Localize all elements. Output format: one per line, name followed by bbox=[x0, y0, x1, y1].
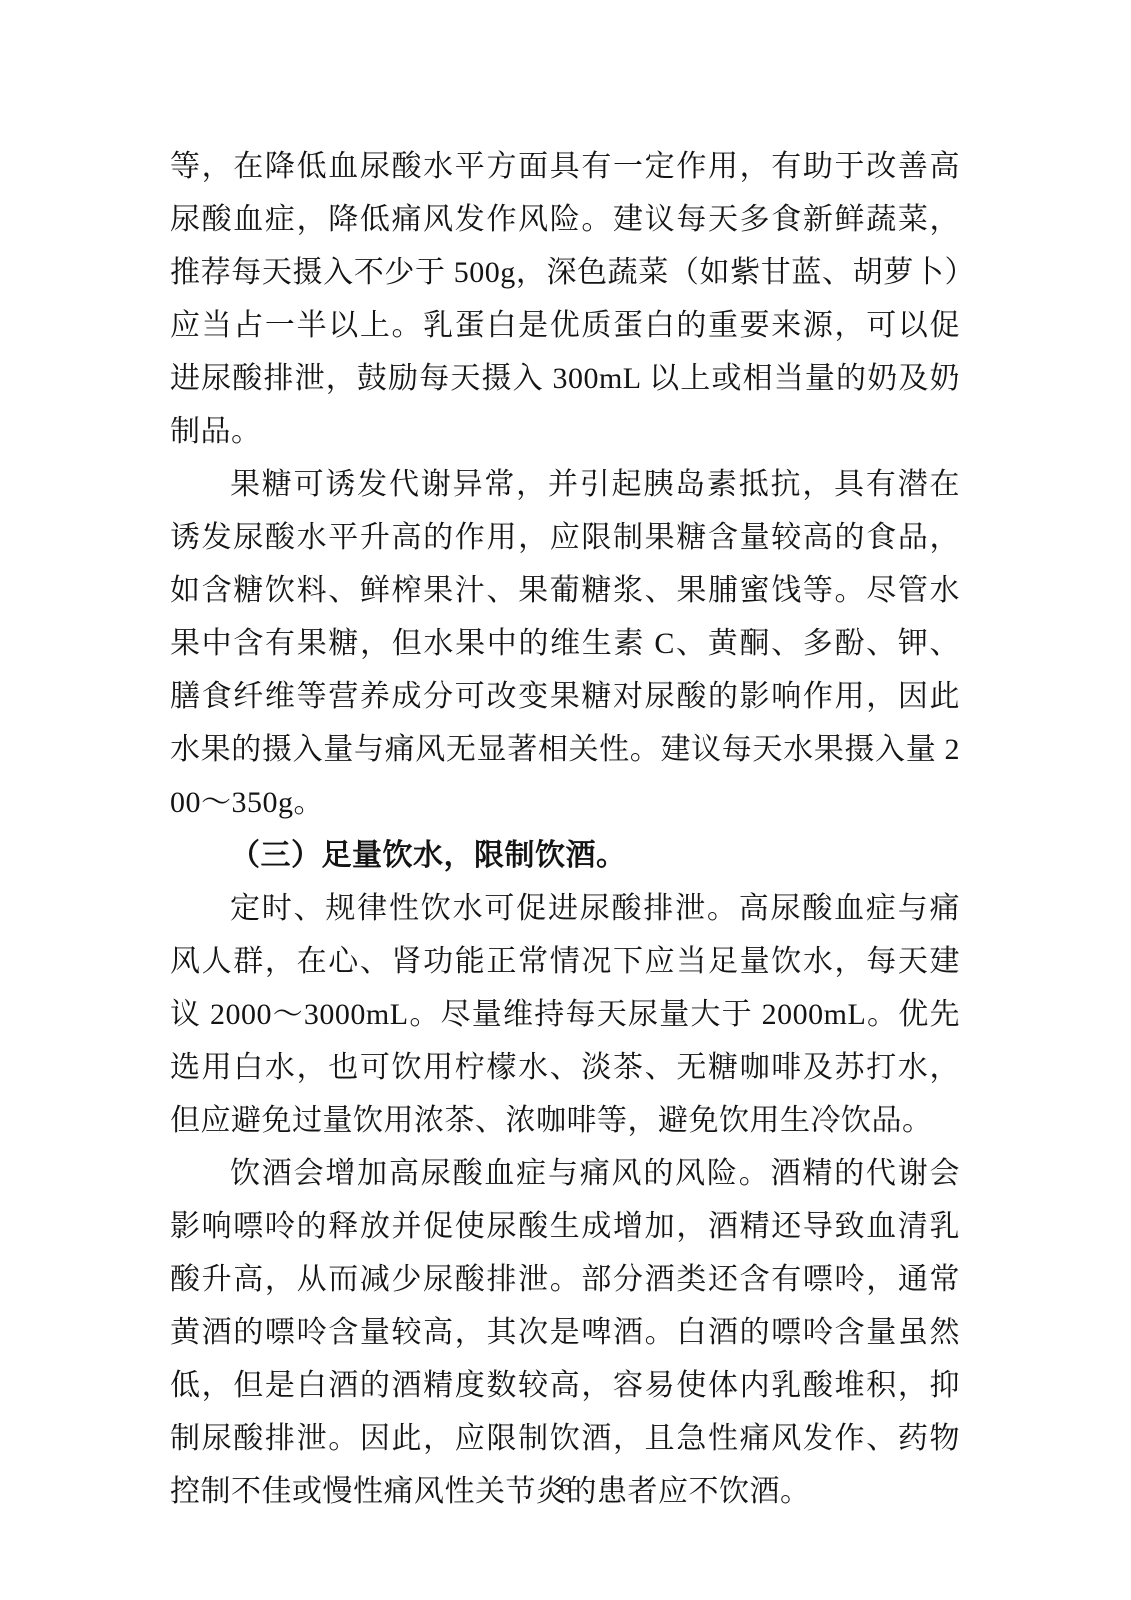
text-body: 等，在降低血尿酸水平方面具有一定作用，有助于改善高尿酸血症，降低痛风发作风险。建… bbox=[170, 140, 960, 1518]
paragraph-continuation: 等，在降低血尿酸水平方面具有一定作用，有助于改善高尿酸血症，降低痛风发作风险。建… bbox=[170, 140, 960, 458]
page-number: 6 bbox=[0, 1472, 1131, 1502]
paragraph-fructose: 果糖可诱发代谢异常，并引起胰岛素抵抗，具有潜在诱发尿酸水平升高的作用，应限制果糖… bbox=[170, 458, 960, 829]
paragraph-water-intake: 定时、规律性饮水可促进尿酸排泄。高尿酸血症与痛风人群，在心、肾功能正常情况下应当… bbox=[170, 882, 960, 1147]
paragraph-alcohol: 饮酒会增加高尿酸血症与痛风的风险。酒精的代谢会影响嘌呤的释放并促使尿酸生成增加，… bbox=[170, 1147, 960, 1518]
section-heading: （三）足量饮水，限制饮酒。 bbox=[170, 829, 960, 882]
document-page: 等，在降低血尿酸水平方面具有一定作用，有助于改善高尿酸血症，降低痛风发作风险。建… bbox=[0, 0, 1131, 1600]
